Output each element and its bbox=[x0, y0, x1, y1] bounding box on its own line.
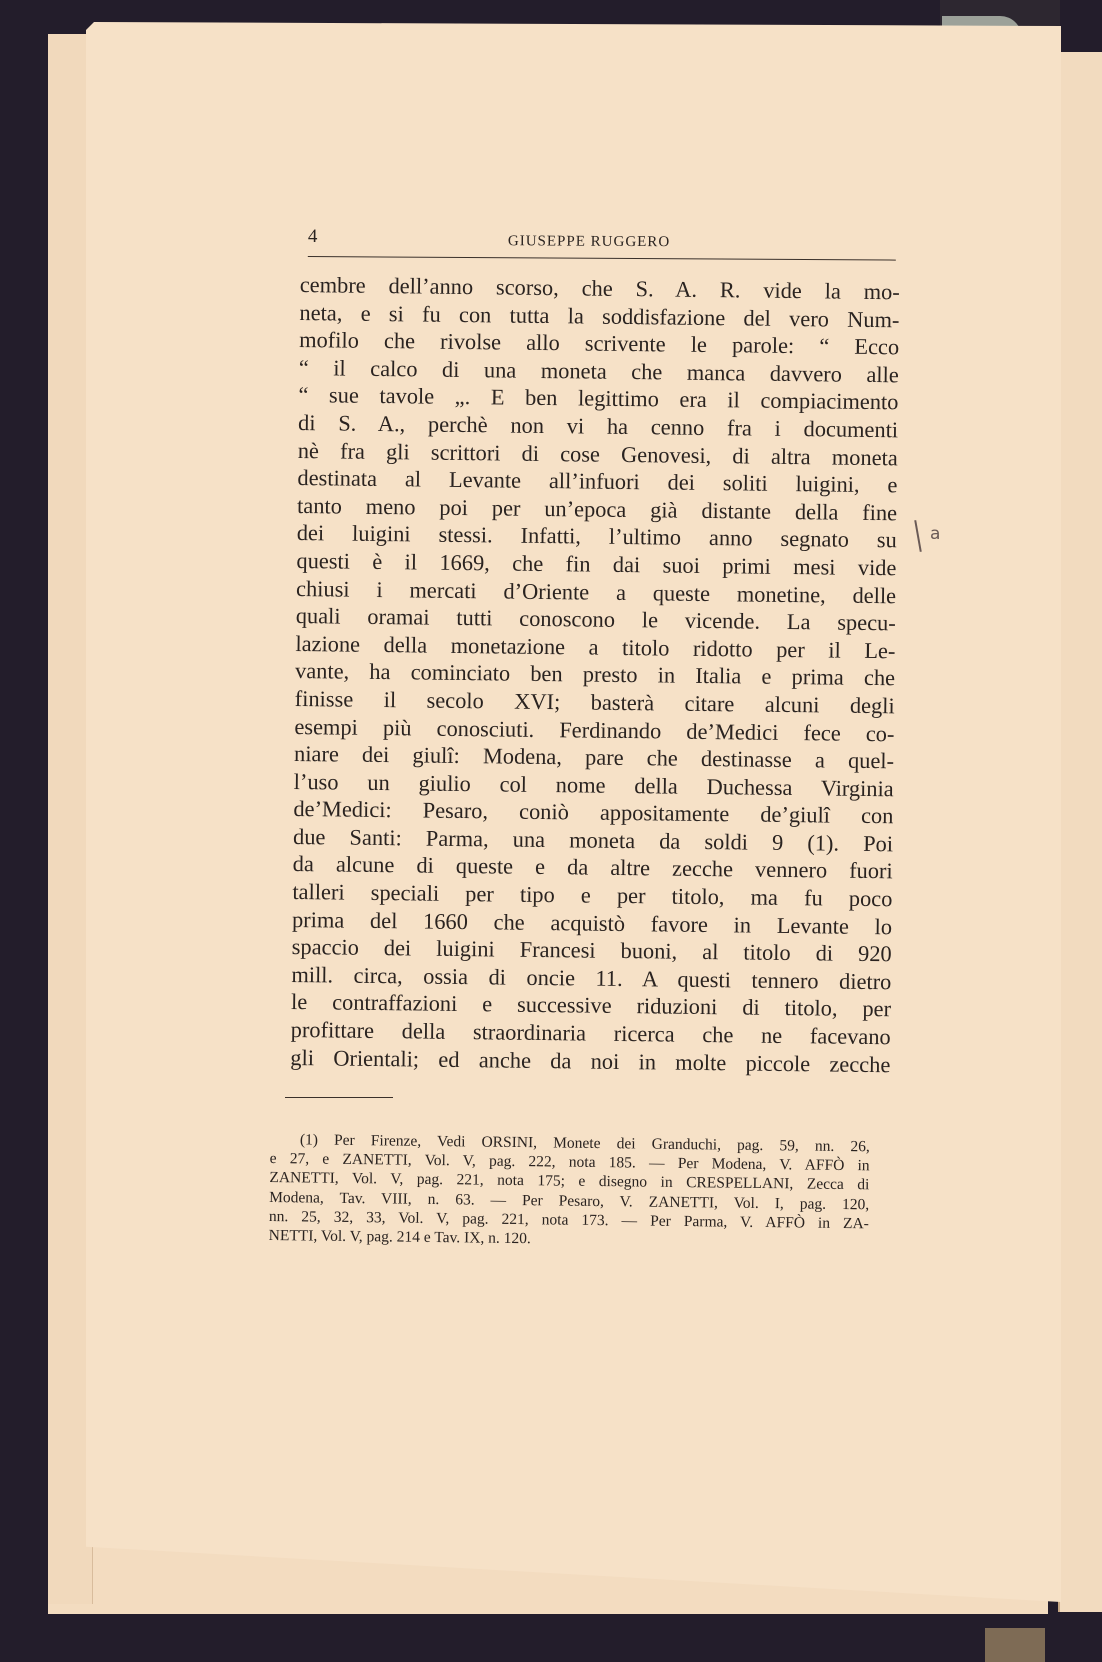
page-content: 4 GIUSEPPE RUGGERO cembre dell’anno scor… bbox=[300, 226, 900, 1245]
margin-annotation: a bbox=[930, 524, 940, 544]
page-number: 4 bbox=[308, 226, 318, 248]
next-page-edge bbox=[1058, 52, 1102, 1612]
running-head: GIUSEPPE RUGGERO bbox=[508, 233, 670, 251]
footnote-rule bbox=[285, 1097, 393, 1098]
footnote: (1) Per Firenze, Vedi ORSINI, Monete dei… bbox=[269, 1130, 870, 1253]
page-header: 4 GIUSEPPE RUGGERO bbox=[308, 226, 896, 261]
body-text: cembre dell’anno scorso, che S. A. R. vi… bbox=[290, 271, 900, 1078]
binding-bottom bbox=[985, 1628, 1045, 1662]
